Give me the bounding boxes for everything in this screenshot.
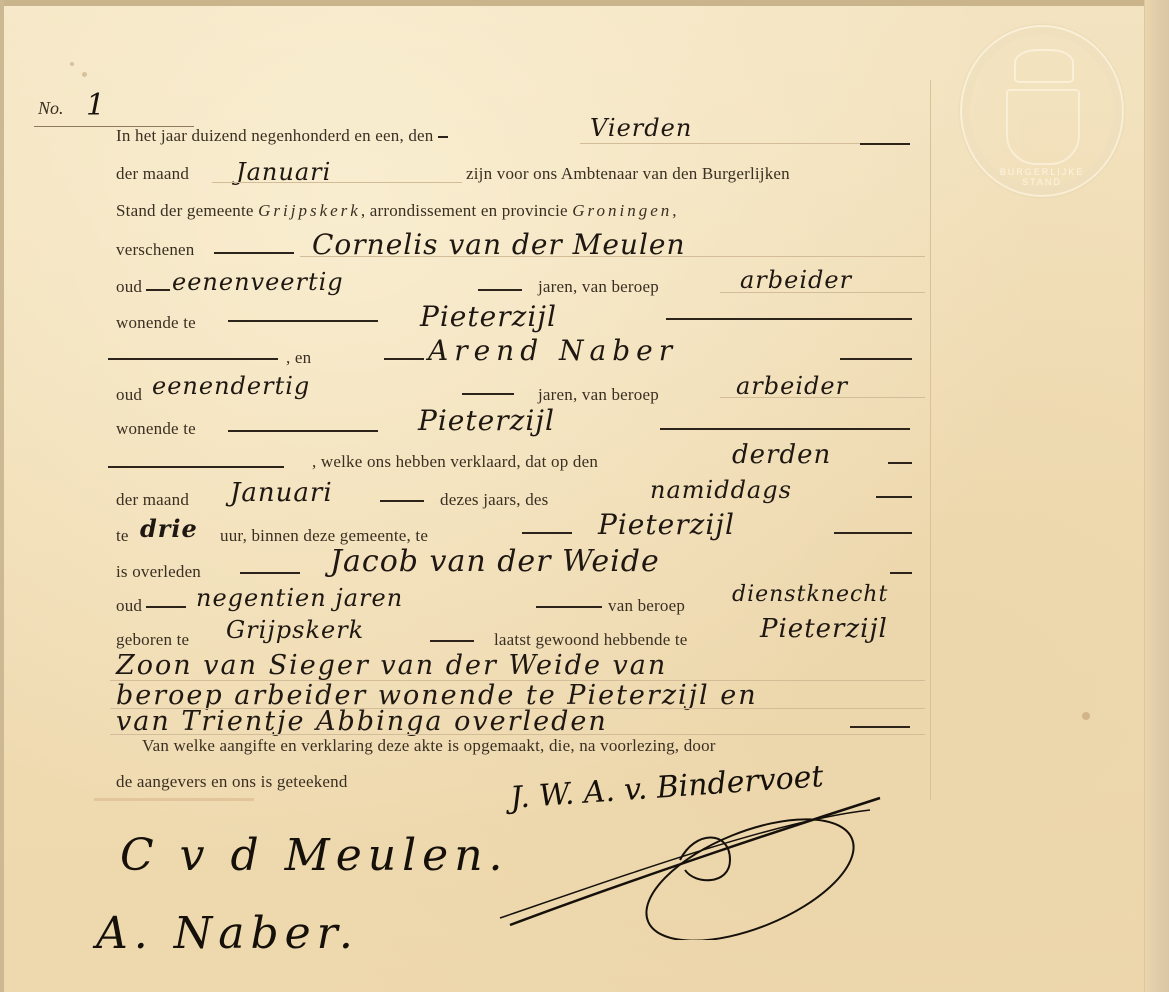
time-of-day: namiddags [650,476,792,504]
record-line-11: der maand [116,490,189,510]
printed-text: der maand [116,490,189,509]
declarant-2-residence: Pieterzijl [418,404,555,437]
month-of-death: Januari [230,478,333,508]
printed-text: oud [116,277,142,296]
province-name: Groningen [572,201,672,220]
printed-text: geboren te [116,630,189,649]
printed-text: is overleden [116,562,201,581]
printed-text: , arrondissement en provincie [361,201,568,220]
printed-text: zijn voor ons Ambtenaar van den Burgerli… [466,164,790,184]
closing-line-1: Van welke aangifte en verklaring deze ak… [142,736,716,756]
paper-stain [1082,712,1090,720]
printed-text: wonende te [116,313,196,332]
parentage-line-1: Zoon van Sieger van der Weide van [116,650,667,681]
printed-text: oud [116,596,142,615]
signature-witness-2: A. Naber. [96,908,359,959]
closing-line-2: de aangevers en ons is geteekend [116,772,348,792]
page-top-edge [0,0,1169,6]
printed-text: , en [286,348,311,367]
record-line-7: , en [286,348,311,368]
seal-text: BURGERLIJKE STAND [982,167,1102,187]
hour-of-death: drie [140,514,198,543]
margin-rule [930,80,931,800]
deceased-last-residence: Pieterzijl [760,614,888,644]
printed-text: te [116,526,129,545]
record-line-13: is overleden [116,562,201,582]
declarant-2-name: Arend Naber [428,334,678,367]
ink-speck [82,72,87,77]
municipality-name: Grijpskerk [258,201,361,220]
record-line-14: oud [116,596,142,616]
printed-text: , welke ons hebben verklaard, dat op den [312,452,598,471]
binding-gutter [1144,0,1169,992]
printed-text: van beroep [608,596,685,616]
record-line-3: Stand der gemeente Grijpskerk, arrondiss… [116,201,677,221]
record-line-15: geboren te [116,630,189,650]
deceased-age: negentien jaren [196,584,403,612]
declarant-2-age: eenendertig [152,372,310,400]
printed-text: Stand der gemeente [116,201,254,220]
record-line-6: wonende te [116,313,196,333]
deceased-birthplace: Grijpskerk [226,616,364,644]
printed-text: jaren, van beroep [538,277,659,297]
printed-text: uur, binnen deze gemeente, te [220,526,428,546]
printed-text: In het jaar duizend negenhonderd en een,… [116,126,434,145]
printed-text: jaren, van beroep [538,385,659,405]
ink-speck [70,62,74,66]
declarant-1-residence: Pieterzijl [420,300,557,333]
crown-icon [1014,49,1074,83]
printed-text: wonende te [116,419,196,438]
record-line-10: , welke ons hebben verklaard, dat op den [312,452,598,472]
embossed-seal: BURGERLIJKE STAND [960,25,1124,197]
printed-text: , [672,201,676,220]
record-line-1: In het jaar duizend negenhonderd en een,… [116,126,448,146]
declarant-2-occupation: arbeider [736,372,848,400]
record-number-label: No. [38,98,64,119]
printed-text: dezes jaars, des [440,490,548,510]
day-of-death: derden [732,440,831,470]
printed-text: oud [116,385,142,404]
signature-witness-1: C v d Meulen. [120,830,509,881]
parentage-line-3: van Trientje Abbinga overleden [116,706,608,737]
shield-icon [1006,89,1080,165]
place-of-death: Pieterzijl [598,508,735,541]
day-of-declaration: Vierden [590,114,692,142]
declarant-1-age: eenenveertig [172,268,344,296]
printed-text: der maand [116,164,189,183]
printed-text: verschenen [116,240,194,259]
record-line-8: oud [116,385,142,405]
record-line-12: te [116,526,129,546]
record-number-value: 1 [86,88,105,123]
page-left-edge [0,0,4,992]
record-line-2: der maand [116,164,189,184]
record-line-4: verschenen [116,240,194,260]
record-line-9: wonende te [116,419,196,439]
deceased-occupation: dienstknecht [732,582,888,607]
declarant-1-occupation: arbeider [740,266,852,294]
signature-flourish [480,790,900,940]
printed-text: laatst gewoond hebbende te [494,630,688,650]
record-line-5: oud [116,277,142,297]
deceased-name: Jacob van der Weide [330,544,660,579]
document-page: BURGERLIJKE STAND No. 1 In het jaar duiz… [0,0,1169,992]
